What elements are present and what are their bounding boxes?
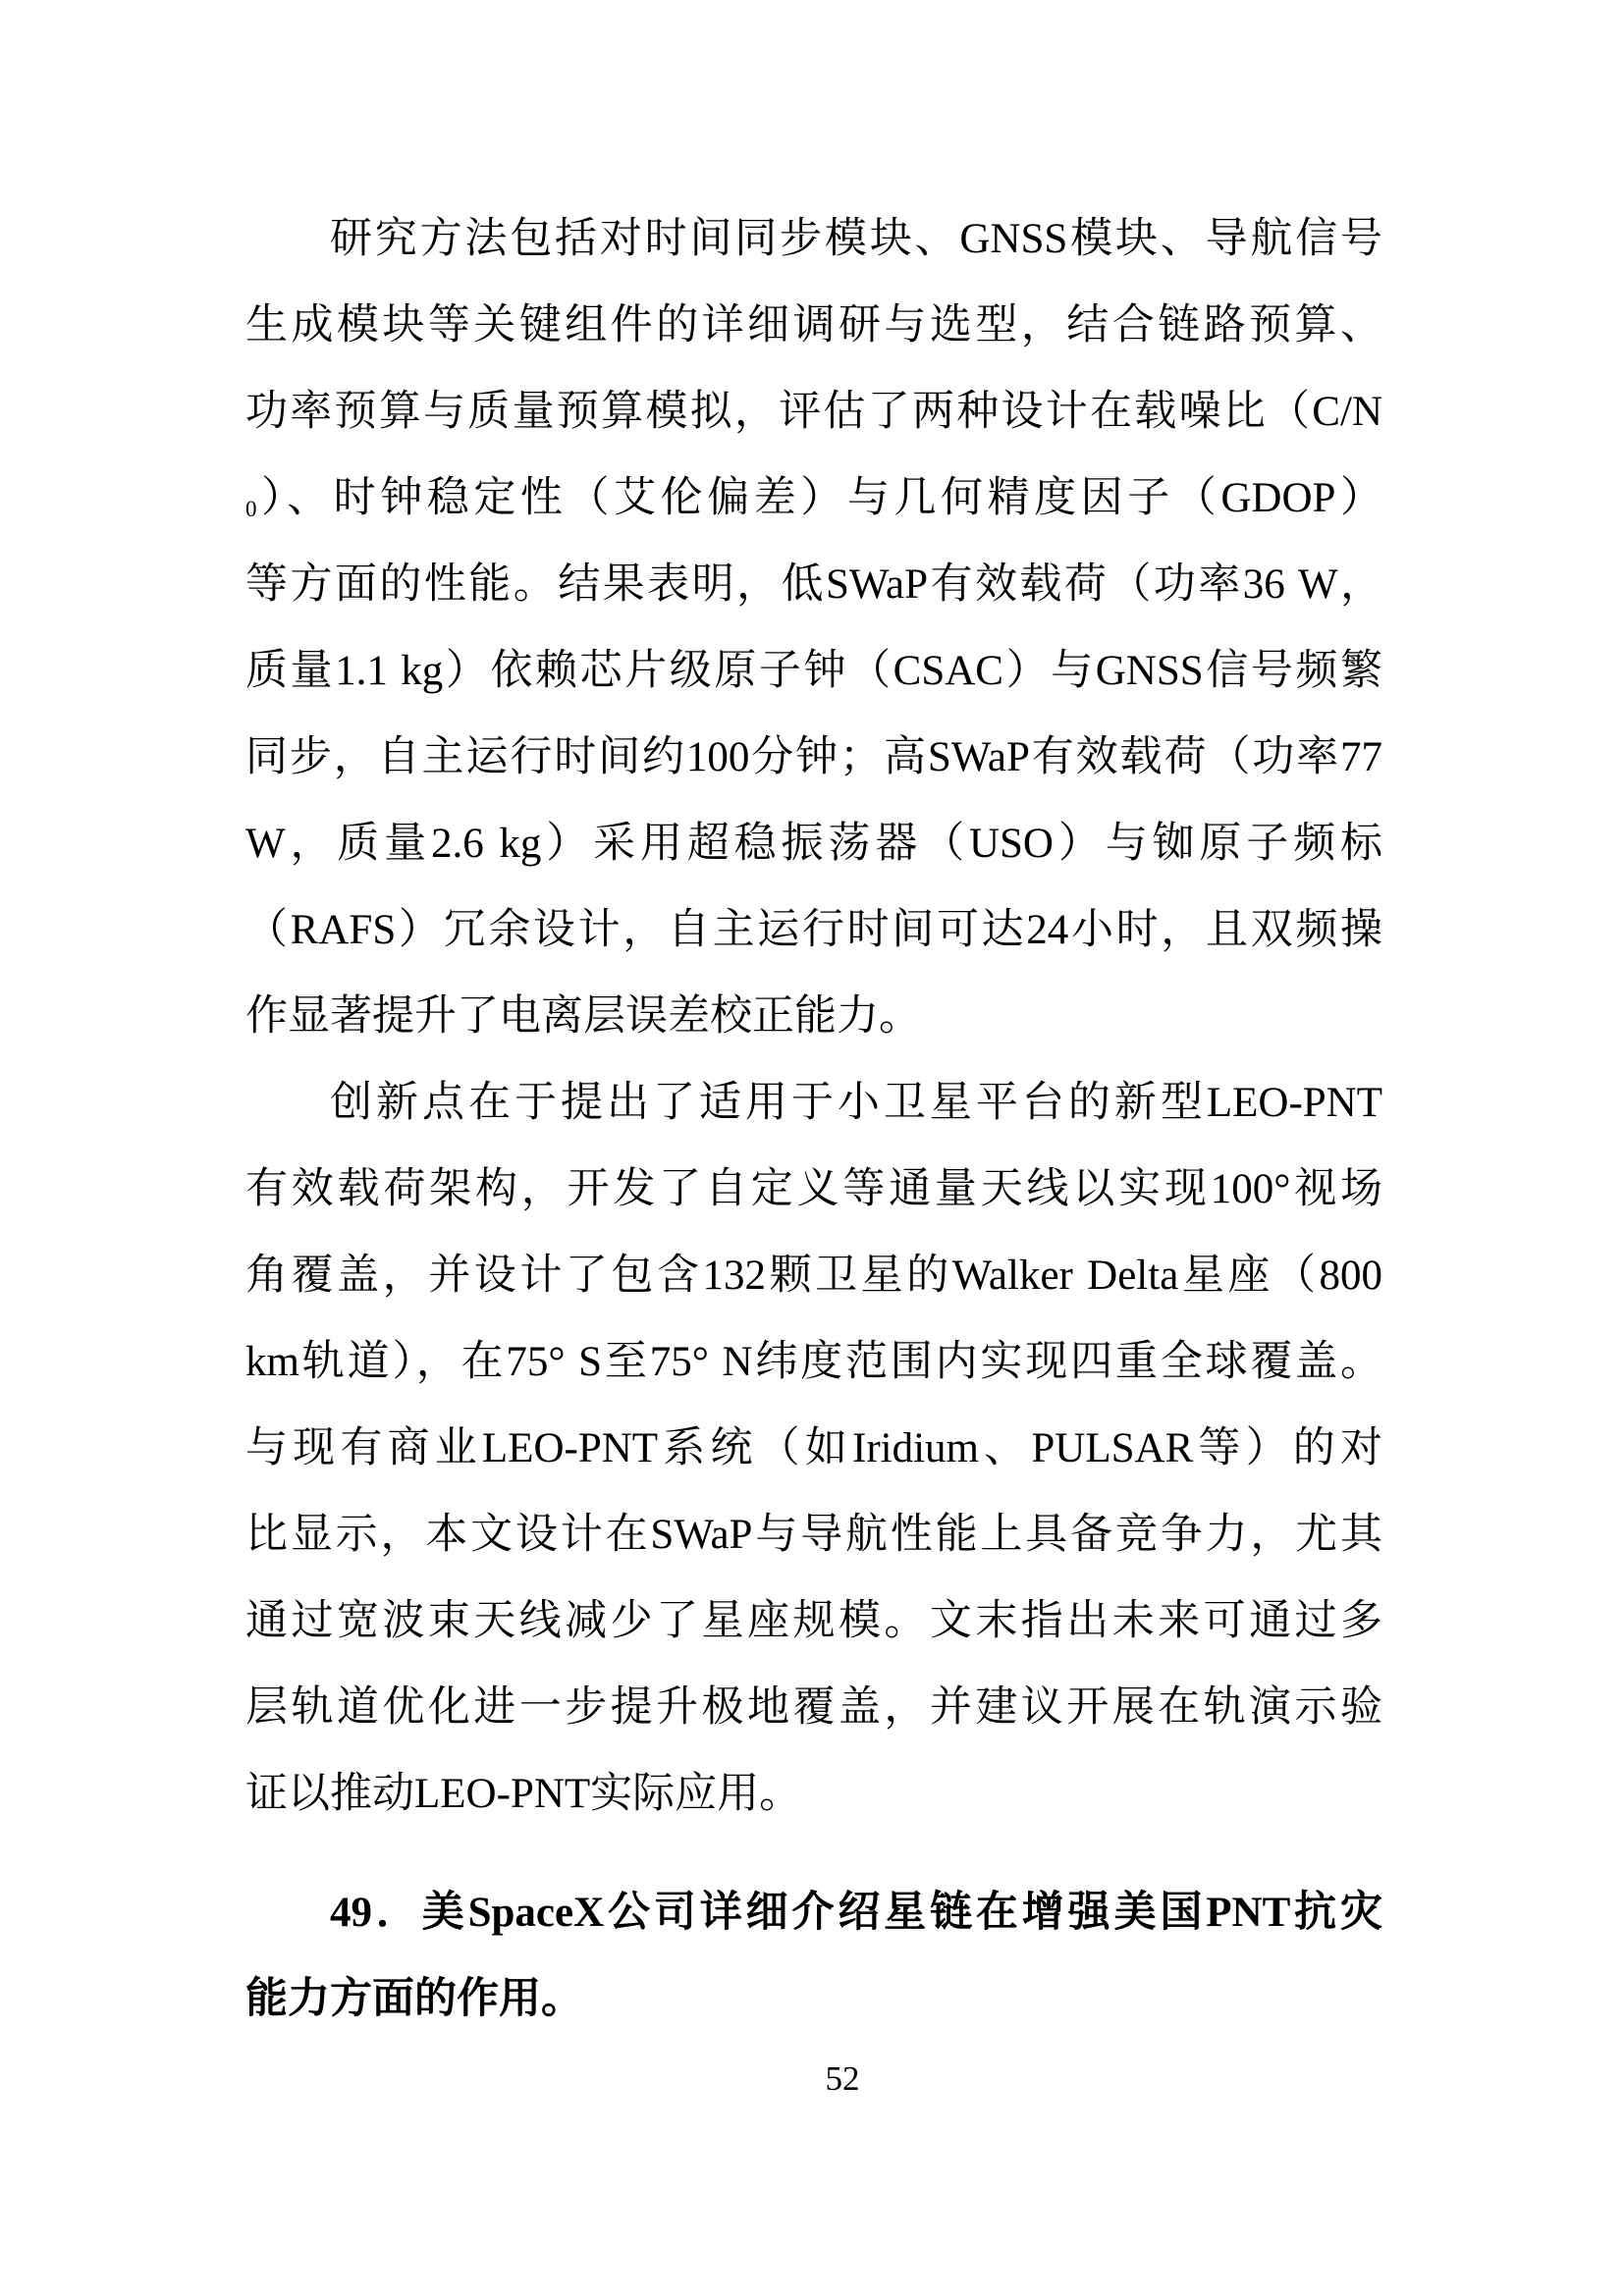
p1-line-4-text: ）、时钟稳定性（艾伦偏差）与几何精度因子（GDOP）: [257, 475, 1383, 521]
p2-line-2: 有效载荷架构，开发了自定义等通量天线以实现100°视场: [245, 1147, 1382, 1233]
p1-line-3: 功率预算与质量预算模拟，评估了两种设计在载噪比（C/N: [245, 369, 1382, 455]
document-page: 研究方法包括对时间同步模块、GNSS模块、导航信号 生成模块等关键组件的详细调研…: [0, 0, 1624, 2296]
paragraph-innovations: 创新点在于提出了适用于小卫星平台的新型LEO-PNT 有效载荷架构，开发了自定义…: [245, 1060, 1382, 1838]
p1-line-8: W，质量2.6 kg）采用超稳振荡器（USO）与铷原子频标: [245, 801, 1382, 887]
p2-line-1: 创新点在于提出了适用于小卫星平台的新型LEO-PNT: [245, 1060, 1382, 1147]
cn0-subscript-zero: 0: [245, 497, 257, 521]
p1-line-6: 质量1.1 kg）依赖芯片级原子钟（CSAC）与GNSS信号频繁: [245, 628, 1382, 715]
p2-line-5: 与现有商业LEO-PNT系统（如Iridium、PULSAR等）的对: [245, 1406, 1382, 1492]
p2-line-3: 角覆盖，并设计了包含132颗卫星的Walker Delta星座（800: [245, 1233, 1382, 1319]
text-body: 研究方法包括对时间同步模块、GNSS模块、导航信号 生成模块等关键组件的详细调研…: [245, 196, 1382, 2043]
p1-line-1: 研究方法包括对时间同步模块、GNSS模块、导航信号: [245, 196, 1382, 283]
p2-line-4: km轨道），在75° S至75° N纬度范围内实现四重全球覆盖。: [245, 1319, 1382, 1406]
paragraph-research-methods: 研究方法包括对时间同步模块、GNSS模块、导航信号 生成模块等关键组件的详细调研…: [245, 196, 1382, 1060]
heading-49-line-1: 49．美SpaceX公司详细介绍星链在增强美国PNT抗灾: [245, 1870, 1382, 1956]
heading-49-line-2: 能力方面的作用。: [245, 1956, 1382, 2043]
p1-line-7: 同步，自主运行时间约100分钟；高SWaP有效载荷（功率77: [245, 715, 1382, 801]
p2-line-6: 比显示，本文设计在SWaP与导航性能上具备竞争力，尤其: [245, 1492, 1382, 1578]
page-number: 52: [826, 2061, 860, 2096]
heading-item-49: 49．美SpaceX公司详细介绍星链在增强美国PNT抗灾 能力方面的作用。: [245, 1870, 1382, 2043]
p1-line-10: 作显著提升了电离层误差校正能力。: [245, 974, 1382, 1060]
p2-line-8: 层轨道优化进一步提升极地覆盖，并建议开展在轨演示验: [245, 1665, 1382, 1751]
p1-line-9: （RAFS）冗余设计，自主运行时间可达24小时，且双频操: [245, 887, 1382, 974]
p1-line-4: 0）、时钟稳定性（艾伦偏差）与几何精度因子（GDOP）: [245, 455, 1382, 542]
p1-line-5: 等方面的性能。结果表明，低SWaP有效载荷（功率36 W，: [245, 542, 1382, 628]
p1-line-2: 生成模块等关键组件的详细调研与选型，结合链路预算、: [245, 283, 1382, 369]
p2-line-9: 证以推动LEO-PNT实际应用。: [245, 1751, 1382, 1838]
p2-line-7: 通过宽波束天线减少了星座规模。文末指出未来可通过多: [245, 1578, 1382, 1665]
